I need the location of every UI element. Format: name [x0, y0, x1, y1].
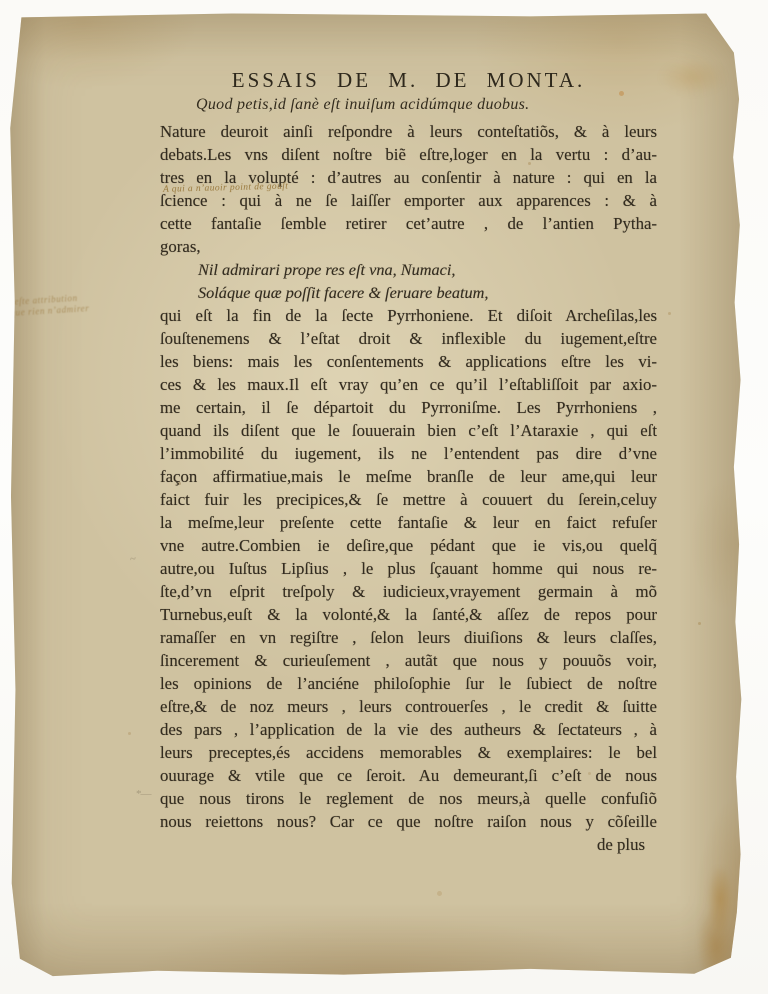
running-head-title: ESSAIS DE M. DE MONTA. — [160, 68, 657, 93]
paper-stain-top-right — [648, 52, 738, 102]
handwritten-margin-annotation: ceſte attribution que rien n’admirer — [9, 287, 170, 319]
text-line: eſtre,& de noz meurs , leurs controuerſe… — [160, 695, 657, 718]
text-line: me certain, il ſe départoit du Pyrroniſm… — [160, 396, 657, 419]
paper-stain-bottom-right — [696, 868, 740, 972]
text-line: l’immobilité du iugement, ils ne l’enten… — [160, 442, 657, 465]
paper-foxing-specks — [8, 12, 11, 15]
text-line: ces & les maux.Il eſt vray qu’en ce qu’i… — [160, 373, 657, 396]
text-line: quand ils diſent que le ſouuerain bien c… — [160, 419, 657, 442]
verse-line: Soláque quæ poſſit facere & ſeruare beat… — [160, 281, 657, 304]
latin-verse-quotation: Nil admirari prope res eſt vna, Numaci,S… — [160, 258, 657, 304]
text-line: leurs preceptes,és accidens memorables &… — [160, 741, 657, 764]
text-line: ſte,d’vn eſprit treſpoly & iudicieux,vra… — [160, 580, 657, 603]
text-line: les opinions de l’anciéne philoſophie ſu… — [160, 672, 657, 695]
text-line: nous reiettons nous? Car ce que noſtre r… — [160, 810, 657, 833]
text-line: ſouſtenemens & l’eſtat droit & inflexibl… — [160, 327, 657, 350]
text-line: Nature deuroit ainſi reſpondre à leurs c… — [160, 120, 657, 143]
text-line: ouurage & vtile que ce ſeroit. Au demeur… — [160, 764, 657, 787]
text-line: autre,ou Iuſtus Lipſius , le plus ſçauan… — [160, 557, 657, 580]
scan-background: ESSAIS DE M. DE MONTA. Quod petis,id ſan… — [0, 0, 768, 994]
text-line: les biens: mais les conſentements & appl… — [160, 350, 657, 373]
text-line: faict fuir les precipices,& ſe mettre à … — [160, 488, 657, 511]
text-line: la meſme,leur preſente cette fantaſie & … — [160, 511, 657, 534]
body-text-block: Nature deuroit ainſi reſpondre à leurs c… — [160, 120, 657, 856]
catchword: de plus — [160, 833, 657, 856]
paragraph-after-verse: qui eſt la fin de la ſecte Pyrrhoniene. … — [160, 304, 657, 833]
text-line: Turnebus,euſt & la volonté,& la ſanté,& … — [160, 603, 657, 626]
text-line: qui eſt la fin de la ſecte Pyrrhoniene. … — [160, 304, 657, 327]
book-page: ESSAIS DE M. DE MONTA. Quod petis,id ſan… — [8, 12, 754, 980]
text-line: que nous tirons le reglement de nos meur… — [160, 787, 657, 810]
text-line: des pars , l’application de la vie des a… — [160, 718, 657, 741]
text-line: façon affirmatiue,mais le meſme branſle … — [160, 465, 657, 488]
text-line: goras, — [160, 235, 657, 258]
epigraph-latin-quote: Quod petis,id ſanè eſt inuiſum acidúmque… — [196, 96, 666, 114]
margin-pencil-mark: *— — [136, 788, 151, 800]
text-line: cette fantaſie ſemble retirer cet’autre … — [160, 212, 657, 235]
text-line: ſincerement & curieuſement , autãt que n… — [160, 649, 657, 672]
margin-pencil-mark: ~ — [129, 553, 137, 566]
text-line: debats.Les vns diſent noſtre biẽ eſtre,l… — [160, 143, 657, 166]
text-line: vne autre.Combien ie deſire,que pédant q… — [160, 534, 657, 557]
text-line: ramaſſer en vn regiſtre , ſelon leurs di… — [160, 626, 657, 649]
verse-line: Nil admirari prope res eſt vna, Numaci, — [160, 258, 657, 281]
